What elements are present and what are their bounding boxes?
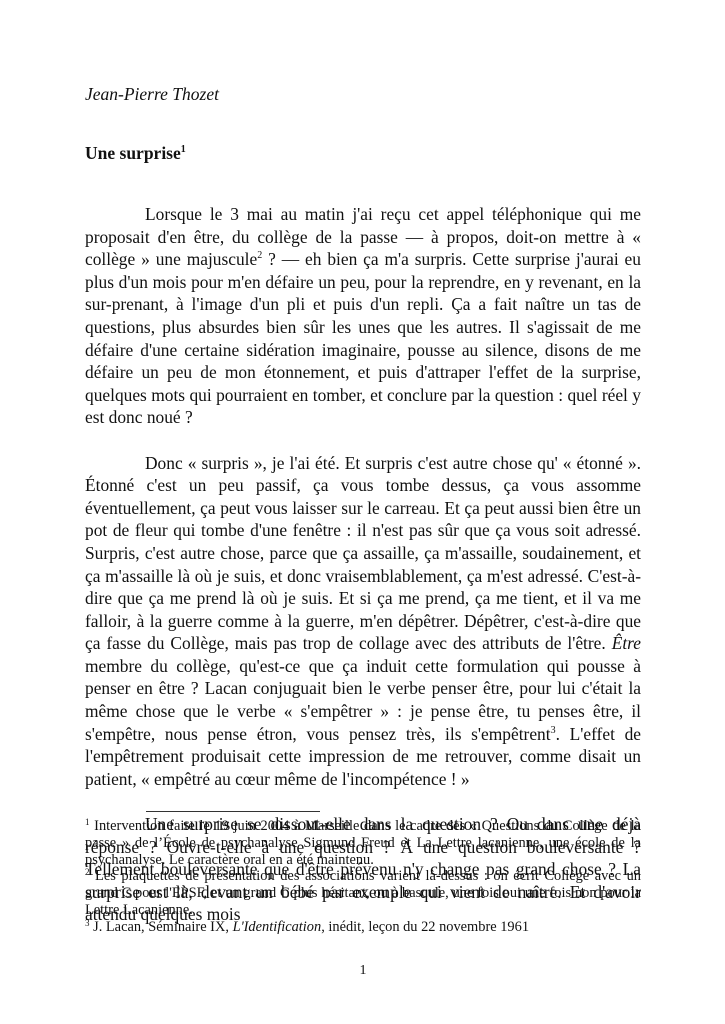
footnote-1: 1 Intervention faite le 19 juin 2004 à M…	[85, 818, 641, 868]
emphasis-etre: Être	[612, 633, 641, 653]
page-number: 1	[85, 963, 641, 979]
footnote-2: 2 Les plaquettes de présentation des ass…	[85, 868, 641, 918]
author-name: Jean-Pierre Thozet	[85, 84, 219, 105]
paragraph-2: Donc « surpris », je l'ai été. Et surpri…	[85, 452, 641, 791]
title-text: Une surprise	[85, 143, 181, 163]
paragraph-1: Lorsque le 3 mai au matin j'ai reçu cet …	[85, 203, 641, 429]
footnote-3: 3 J. Lacan, Séminaire IX, L'Identificati…	[85, 919, 641, 936]
footnote-separator	[146, 811, 320, 812]
footnote-ref-1[interactable]: 1	[181, 144, 186, 155]
document-title: Une surprise1	[85, 143, 186, 164]
footnotes: 1 Intervention faite le 19 juin 2004 à M…	[85, 818, 641, 936]
